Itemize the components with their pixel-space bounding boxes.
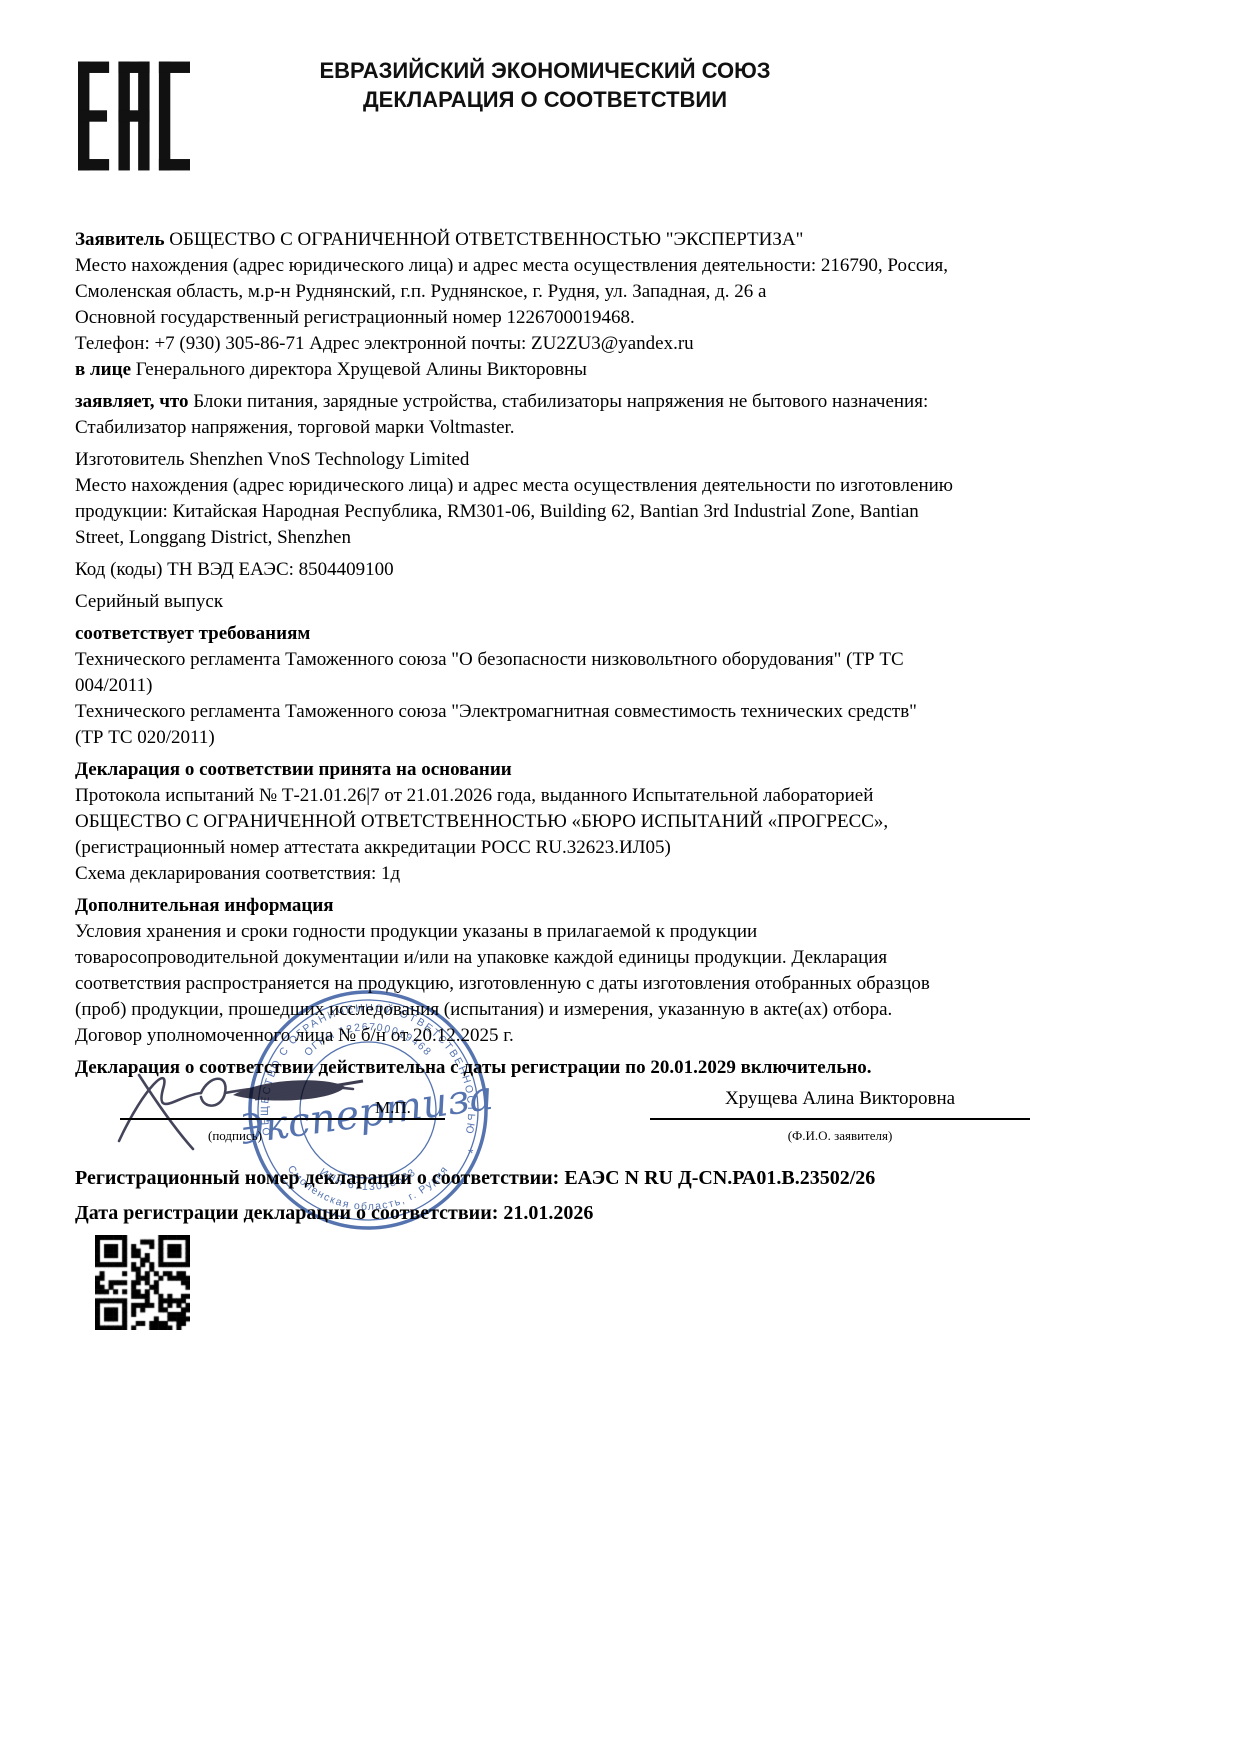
document-title: ЕВРАЗИЙСКИЙ ЭКОНОМИЧЕСКИЙ СОЮЗ ДЕКЛАРАЦИ… <box>0 56 1090 114</box>
fio-line <box>650 1118 1030 1120</box>
validity-line: Декларация о соответствии действительна … <box>75 1055 1175 1081</box>
basis-paragraph: Декларация о соответствии принята на осн… <box>75 757 1175 887</box>
doc-line: Технического регламента Таможенного союз… <box>75 699 1175 725</box>
applicant-fio: Хрущева Алина Викторовна <box>650 1086 1030 1112</box>
registration-block: Регистрационный номер декларации о соотв… <box>75 1165 1175 1226</box>
doc-line: Условия хранения и сроки годности продук… <box>75 919 1175 945</box>
doc-line: товаросопроводительной документации и/ил… <box>75 945 1175 971</box>
serial-paragraph: Серийный выпуск <box>75 589 1175 615</box>
doc-line: Место нахождения (адрес юридического лиц… <box>75 253 1175 279</box>
doc-line: Основной государственный регистрационный… <box>75 305 1175 331</box>
doc-line: Street, Longgang District, Shenzhen <box>75 525 1175 551</box>
doc-line: продукции: Китайская Народная Республика… <box>75 499 1175 525</box>
doc-line: 004/2011) <box>75 673 1175 699</box>
doc-line: Серийный выпуск <box>75 589 1175 615</box>
doc-line: Код (коды) ТН ВЭД ЕАЭС: 8504409100 <box>75 557 1175 583</box>
registration-number-line: Регистрационный номер декларации о соотв… <box>75 1165 1175 1191</box>
additional-info-paragraph: Дополнительная информация Условия хранен… <box>75 893 1175 1049</box>
stamp-place-mark: М.П. <box>375 1095 411 1121</box>
doc-line: заявляет, что Блоки питания, зарядные ус… <box>75 389 1175 415</box>
doc-line-heading: Декларация о соответствии принята на осн… <box>75 757 1175 783</box>
doc-line: Схема декларирования соответствия: 1д <box>75 861 1175 887</box>
product-paragraph: заявляет, что Блоки питания, зарядные ус… <box>75 389 1175 441</box>
doc-line: Изготовитель Shenzhen VnoS Technology Li… <box>75 447 1175 473</box>
title-line-union: ЕВРАЗИЙСКИЙ ЭКОНОМИЧЕСКИЙ СОЮЗ <box>0 56 1090 85</box>
registration-date-line: Дата регистрации декларации о соответств… <box>75 1200 1175 1226</box>
manufacturer-paragraph: Изготовитель Shenzhen VnoS Technology Li… <box>75 447 1175 551</box>
doc-line: Заявитель ОБЩЕСТВО С ОГРАНИЧЕННОЙ ОТВЕТС… <box>75 227 1175 253</box>
doc-line-heading: Дополнительная информация <box>75 893 1175 919</box>
doc-line: (регистрационный номер аттестата аккреди… <box>75 835 1175 861</box>
signature-block: (подпись) М.П. Хрущева Алина Викторовна … <box>75 1081 1175 1165</box>
doc-line: Договор уполномоченного лица № б/н от 20… <box>75 1023 1175 1049</box>
doc-line: (проб) продукции, прошедших исследования… <box>75 997 1175 1023</box>
doc-line: Смоленская область, м.р-н Руднянский, г.… <box>75 279 1175 305</box>
title-line-declaration: ДЕКЛАРАЦИЯ О СООТВЕТСТВИИ <box>0 85 1090 114</box>
doc-line: в лице Генерального директора Хрущевой А… <box>75 357 1175 383</box>
doc-line: Стабилизатор напряжения, торговой марки … <box>75 415 1175 441</box>
doc-line: соответствия распространяется на продукц… <box>75 971 1175 997</box>
requirements-paragraph: соответствует требованиям Технического р… <box>75 621 1175 751</box>
doc-line: (ТР ТС 020/2011) <box>75 725 1175 751</box>
qr-code <box>95 1235 190 1330</box>
doc-line: Технического регламента Таможенного союз… <box>75 647 1175 673</box>
signature-caption: (подпись) <box>175 1123 295 1149</box>
tnved-code-paragraph: Код (коды) ТН ВЭД ЕАЭС: 8504409100 <box>75 557 1175 583</box>
doc-line: Протокола испытаний № Т-21.01.26|7 от 21… <box>75 783 1175 809</box>
document-body: Заявитель ОБЩЕСТВО С ОГРАНИЧЕННОЙ ОТВЕТС… <box>75 227 1175 1330</box>
doc-line: ОБЩЕСТВО С ОГРАНИЧЕННОЙ ОТВЕТСТВЕННОСТЬЮ… <box>75 809 1175 835</box>
doc-line: Телефон: +7 (930) 305-86-71 Адрес электр… <box>75 331 1175 357</box>
applicant-paragraph: Заявитель ОБЩЕСТВО С ОГРАНИЧЕННОЙ ОТВЕТС… <box>75 227 1175 383</box>
doc-line-heading: соответствует требованиям <box>75 621 1175 647</box>
declaration-document: ЕВРАЗИЙСКИЙ ЭКОНОМИЧЕСКИЙ СОЮЗ ДЕКЛАРАЦИ… <box>0 0 1241 1755</box>
fio-caption: (Ф.И.О. заявителя) <box>650 1123 1030 1149</box>
validity-paragraph: Декларация о соответствии действительна … <box>75 1055 1175 1081</box>
doc-line: Место нахождения (адрес юридического лиц… <box>75 473 1175 499</box>
